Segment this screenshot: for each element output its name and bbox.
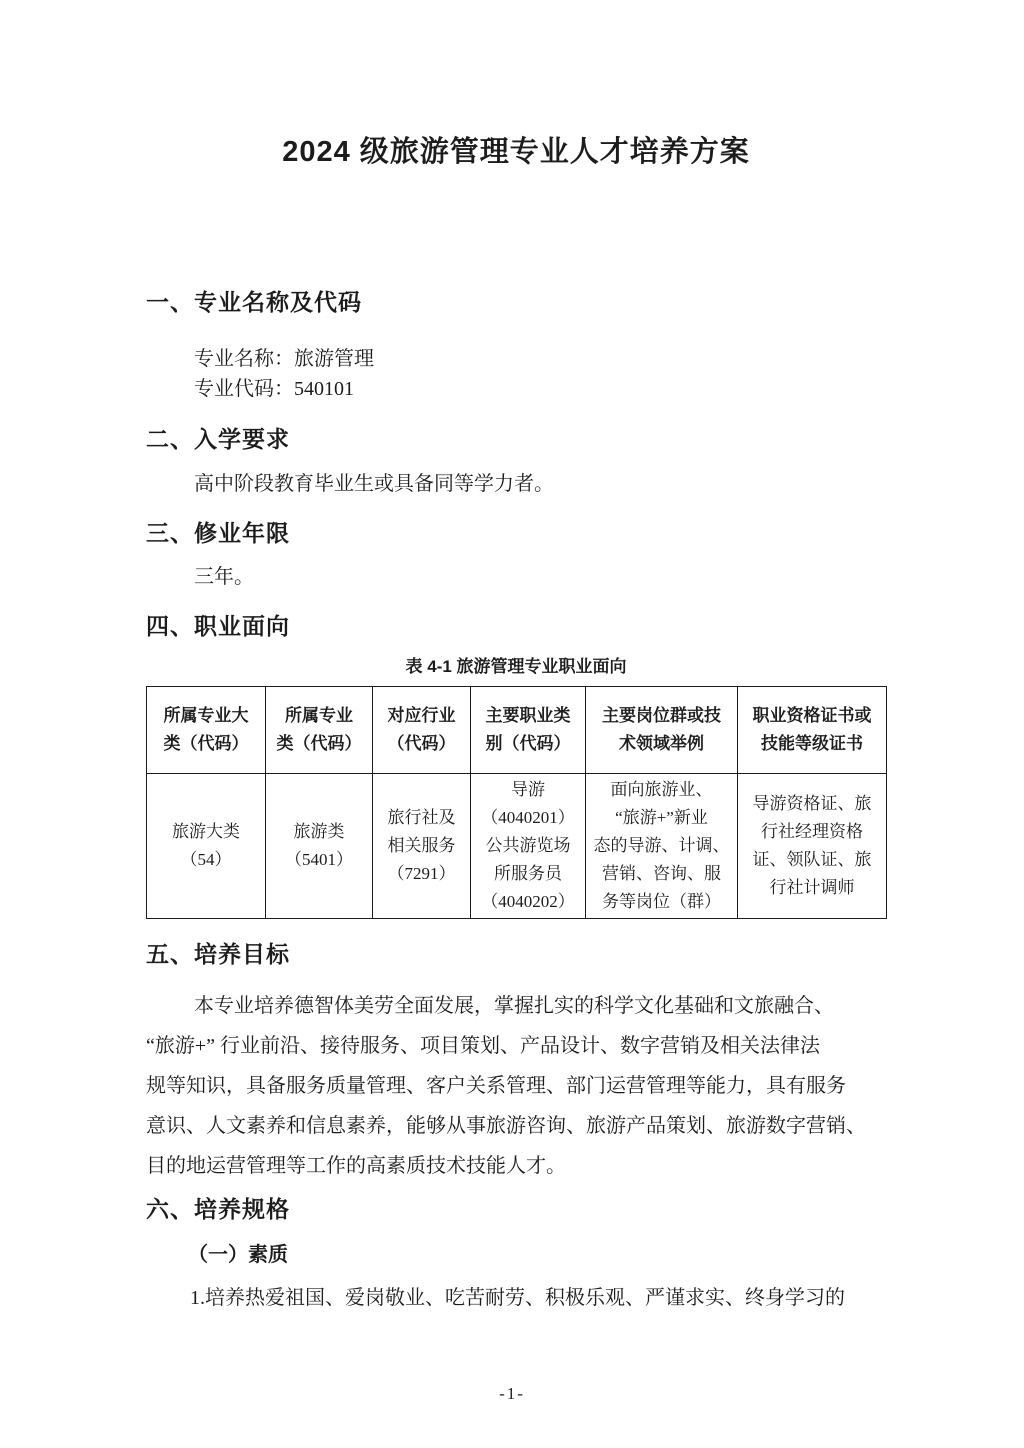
cell-major-category: 旅游大类 （54） [147,774,266,919]
major-name-text: 专业名称：旅游管理 [146,344,886,374]
section-4-heading: 四、职业面向 [146,611,886,641]
section-6-heading: 六、培养规格 [146,1194,886,1224]
header-certificates: 职业资格证书或 技能等级证书 [738,687,887,774]
career-orientation-table: 所属专业大 类（代码） 所属专业 类（代码） 对应行业 （代码） 主要职业类 别… [146,686,887,919]
career-table-header-row: 所属专业大 类（代码） 所属专业 类（代码） 对应行业 （代码） 主要职业类 别… [147,687,887,774]
cell-certificates: 导游资格证、旅 行社经理资格 证、领队证、旅 行社计调师 [738,774,887,919]
cell-job-groups: 面向旅游业、 “旅游+”新业 态的导游、计调、 营销、咨询、服 务等岗位（群） [586,774,738,919]
cell-industry: 旅行社及 相关服务 （7291） [373,774,471,919]
page-number: -1- [0,1384,1024,1404]
quality-item-1: 1.培养热爱祖国、爱岗敬业、吃苦耐劳、积极乐观、严谨求实、终身学习的 [146,1283,886,1313]
section-1-heading: 一、专业名称及代码 [146,287,886,317]
header-major-category: 所属专业大 类（代码） [147,687,266,774]
subsection-quality-heading: （一）素质 [146,1241,886,1269]
table-caption: 表 4-1 旅游管理专业职业面向 [146,654,886,679]
study-duration-text: 三年。 [146,562,886,592]
document-title: 2024 级旅游管理专业人才培养方案 [146,133,886,171]
cell-occupation-category: 导游 （4040201） 公共游览场 所服务员 （4040202） [471,774,586,919]
header-job-groups: 主要岗位群或技 术领域举例 [586,687,738,774]
section-2-heading: 二、入学要求 [146,424,886,454]
admission-requirement-text: 高中阶段教育毕业生或具备同等学力者。 [146,469,886,499]
header-industry: 对应行业 （代码） [373,687,471,774]
section-5-heading: 五、培养目标 [146,939,886,969]
career-table-data-row: 旅游大类 （54） 旅游类 （5401） 旅行社及 相关服务 （7291） 导游… [147,774,887,919]
training-objective-paragraph: 本专业培养德智体美劳全面发展，掌握扎实的科学文化基础和文旅融合、 “旅游+” 行… [146,986,886,1186]
document-page: 2024 级旅游管理专业人才培养方案 一、专业名称及代码 专业名称：旅游管理 专… [146,0,886,1313]
header-major-class: 所属专业 类（代码） [266,687,373,774]
header-occupation-category: 主要职业类 别（代码） [471,687,586,774]
section-3-heading: 三、修业年限 [146,518,886,548]
major-code-text: 专业代码：540101 [146,374,886,404]
cell-major-class: 旅游类 （5401） [266,774,373,919]
